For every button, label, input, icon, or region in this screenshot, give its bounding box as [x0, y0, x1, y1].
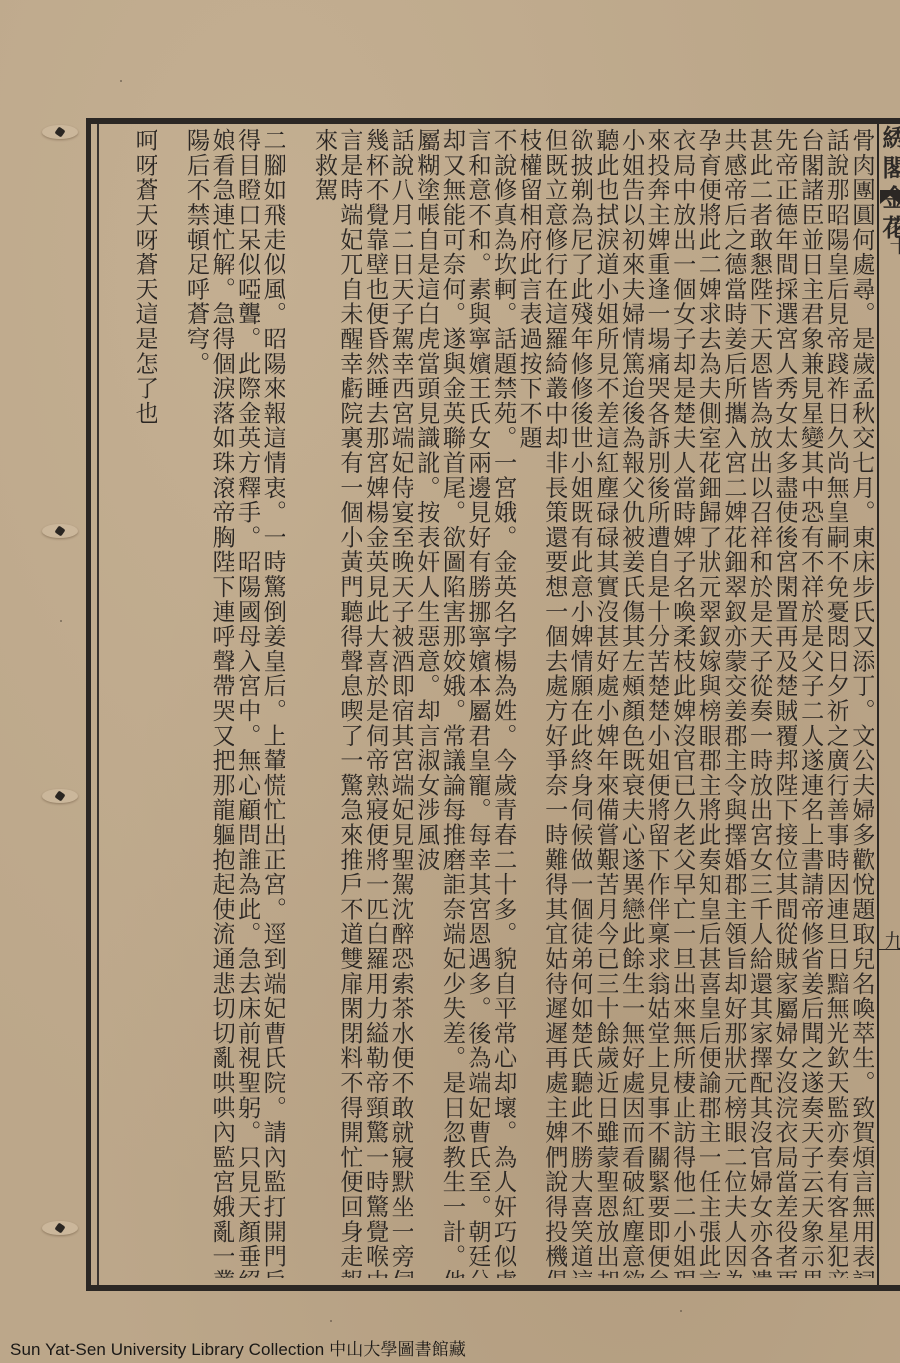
text-column: 來投奔主婢重逢一場痛哭各訴別後所遭自是十分苦楚楚小姐便將留下作伴稟求翁姑堂上見事…	[644, 128, 670, 1278]
banxin-band	[877, 124, 900, 1285]
verse-column: 却又無能可奈何。遂與金英聯首尾。欲圖陷害那姣娥。常議論每推磨詎奈端妃少失差。是日…	[439, 128, 465, 1278]
text-column: 先帝正德年間採選宮人秀女太多盡使後宮閑置再及楚賊覆邦陛下接位其間從賊家屬婦女沒浣…	[772, 128, 798, 1278]
binding-knot-icon	[42, 125, 78, 139]
banxin-divider	[878, 949, 900, 950]
text-column: 骨肉團圓何處尋。是歲孟秋交七月。東床步氏又添丁。文公夫婦多歡悅題取兒名喚萃生。致…	[848, 128, 874, 1278]
blank-column	[285, 128, 311, 1278]
text-column: 共感帝后之德當時姜后所攜入宮二婢花鈿翠釵亦蒙交姜郡主令與擇婚郡主領旨却好那狀元榜…	[720, 128, 746, 1278]
paper-speck	[60, 620, 62, 622]
verse-column: 不說修真為坎軻。話題禁苑。一宮娥。金英名字楊為姓。今歲青春二十多。貌自平常心却壞…	[490, 128, 516, 1278]
text-column: 但既立意修行在這羅綺叢中却非長策還要想一個去處方好爭奈一時難得其宜姑待遲遲再處主…	[541, 128, 567, 1278]
text-column: 甚此二者敢懇陛下天恩皆為放出以召祥和於是天子從奏一時放出宮女三千人給還其家擇配其…	[746, 128, 772, 1278]
verse-column: 言和意不和。素與寧嬪王氏女兩邊見好有勝挪寧嬪本屬君皇寵。每幸其宮恩遇多。後為端妃…	[465, 128, 491, 1278]
verse-column: 二腳如飛走似風。昭陽來報這情衷。一時驚倒姜皇后。上輦慌忙出正宮。逕到端妃曹氏院。…	[260, 128, 286, 1278]
text-column: 話說那昭陽皇后見帝踐祚日久尚無皇嗣不免憂悶日夕祈之廣行善事時因連旦日黯無光欽天監…	[823, 128, 849, 1278]
text-column: 幾杯不覺靠壁也便昏然睡去那宮婢楊金英見此大喜於是伺帝熟寢便將一匹白羅用力縊勒帝頸…	[362, 128, 388, 1278]
binding-knot-icon	[42, 789, 78, 803]
verse-column: 得目瞪口呆似啞聾。此際金英方釋手。昭陽國母入宮中。無心顧問誰為此。急去床前視聖躬…	[234, 128, 260, 1278]
paper-speck	[330, 1320, 332, 1322]
verse-column: 屬糊塗帳自是這白虎當頭見識訛。按表奸人生惡意。却言淑女涉風波	[413, 128, 439, 1278]
text-body: 骨肉團圓何處尋。是歲孟秋交七月。東床步氏又添丁。文公夫婦多歡悅題取兒名喚萃生。致…	[104, 128, 874, 1278]
text-column: 欲披剃為尼了此殘年修修後世小姐既有此意小婢情願在此終身伺候做一個徒弟何如楚氏聽此…	[567, 128, 593, 1278]
text-column: 言是時端妃兀自未醒幸虧院裏有一個小黃門聽得聲息喫了一驚急來推戶不道雙扉閑閉料不得…	[337, 128, 363, 1278]
text-column: 話說八月二日天子駕幸西宮端妃侍宴至晚天子被酒即宿其宮端妃見聖駕沈醉恐索茶水便不敢…	[388, 128, 414, 1278]
binding-knot-icon	[42, 1221, 78, 1235]
exclamation-column: 呵呀蒼天呀蒼天這是怎了也	[132, 128, 158, 1278]
verse-column: 娘看急連忙解。急得個淚落如珠滾帝胸陛下連呼聲帶哭又把那龍軀抱起使流通悲切切亂哄哄…	[209, 128, 235, 1278]
library-watermark: Sun Yat-Sen University Library Collectio…	[10, 1335, 466, 1360]
text-column: 來救駕	[311, 128, 337, 1278]
text-column: 衣局中放出一個女子却是楚夫人當時婢子名喚柔枝此婢沒官已久老父早亡一旦出來無所棲止…	[669, 128, 695, 1278]
text-column: 孕育便將此二婢求去為夫側室花鈿歸了狀元翠釵嫁與榜眼郡主將此奏知皇后甚喜皇后便諭郡…	[695, 128, 721, 1278]
frame-inner-rule	[97, 124, 99, 1285]
blank-column	[157, 128, 183, 1278]
banxin-volume: 卷十	[884, 215, 900, 255]
text-column: 台閣諸臣並日主君象兼見星變其中恐有不祥於是父子二人遂連名上書請帝修省姜后聞之遂奏…	[797, 128, 823, 1278]
text-column: 小姐告以初來夫婦情篤迨後為報父仇被姜氏傷其左頰顏色既衰夫心遂異戀此餘生一無好處因…	[618, 128, 644, 1278]
text-column: 枝權留相府此言表過按下不題	[516, 128, 542, 1278]
binding-knot-icon	[42, 524, 78, 538]
text-column: 聽此也拭淚道小姐所見不差這紅塵碌碌其實沒甚好處小婢年來備嘗艱苦月今已三十餘歲近日…	[592, 128, 618, 1278]
verse-column: 陽后不禁頓足呼蒼穹。	[183, 128, 209, 1278]
paper-speck	[680, 1310, 682, 1312]
paper-speck	[120, 80, 122, 82]
scanned-page: 綉閣金花 卷十 九 骨肉團圓何處尋。是歲孟秋交七月。東床步氏又添丁。文公夫婦多歡…	[0, 0, 900, 1363]
